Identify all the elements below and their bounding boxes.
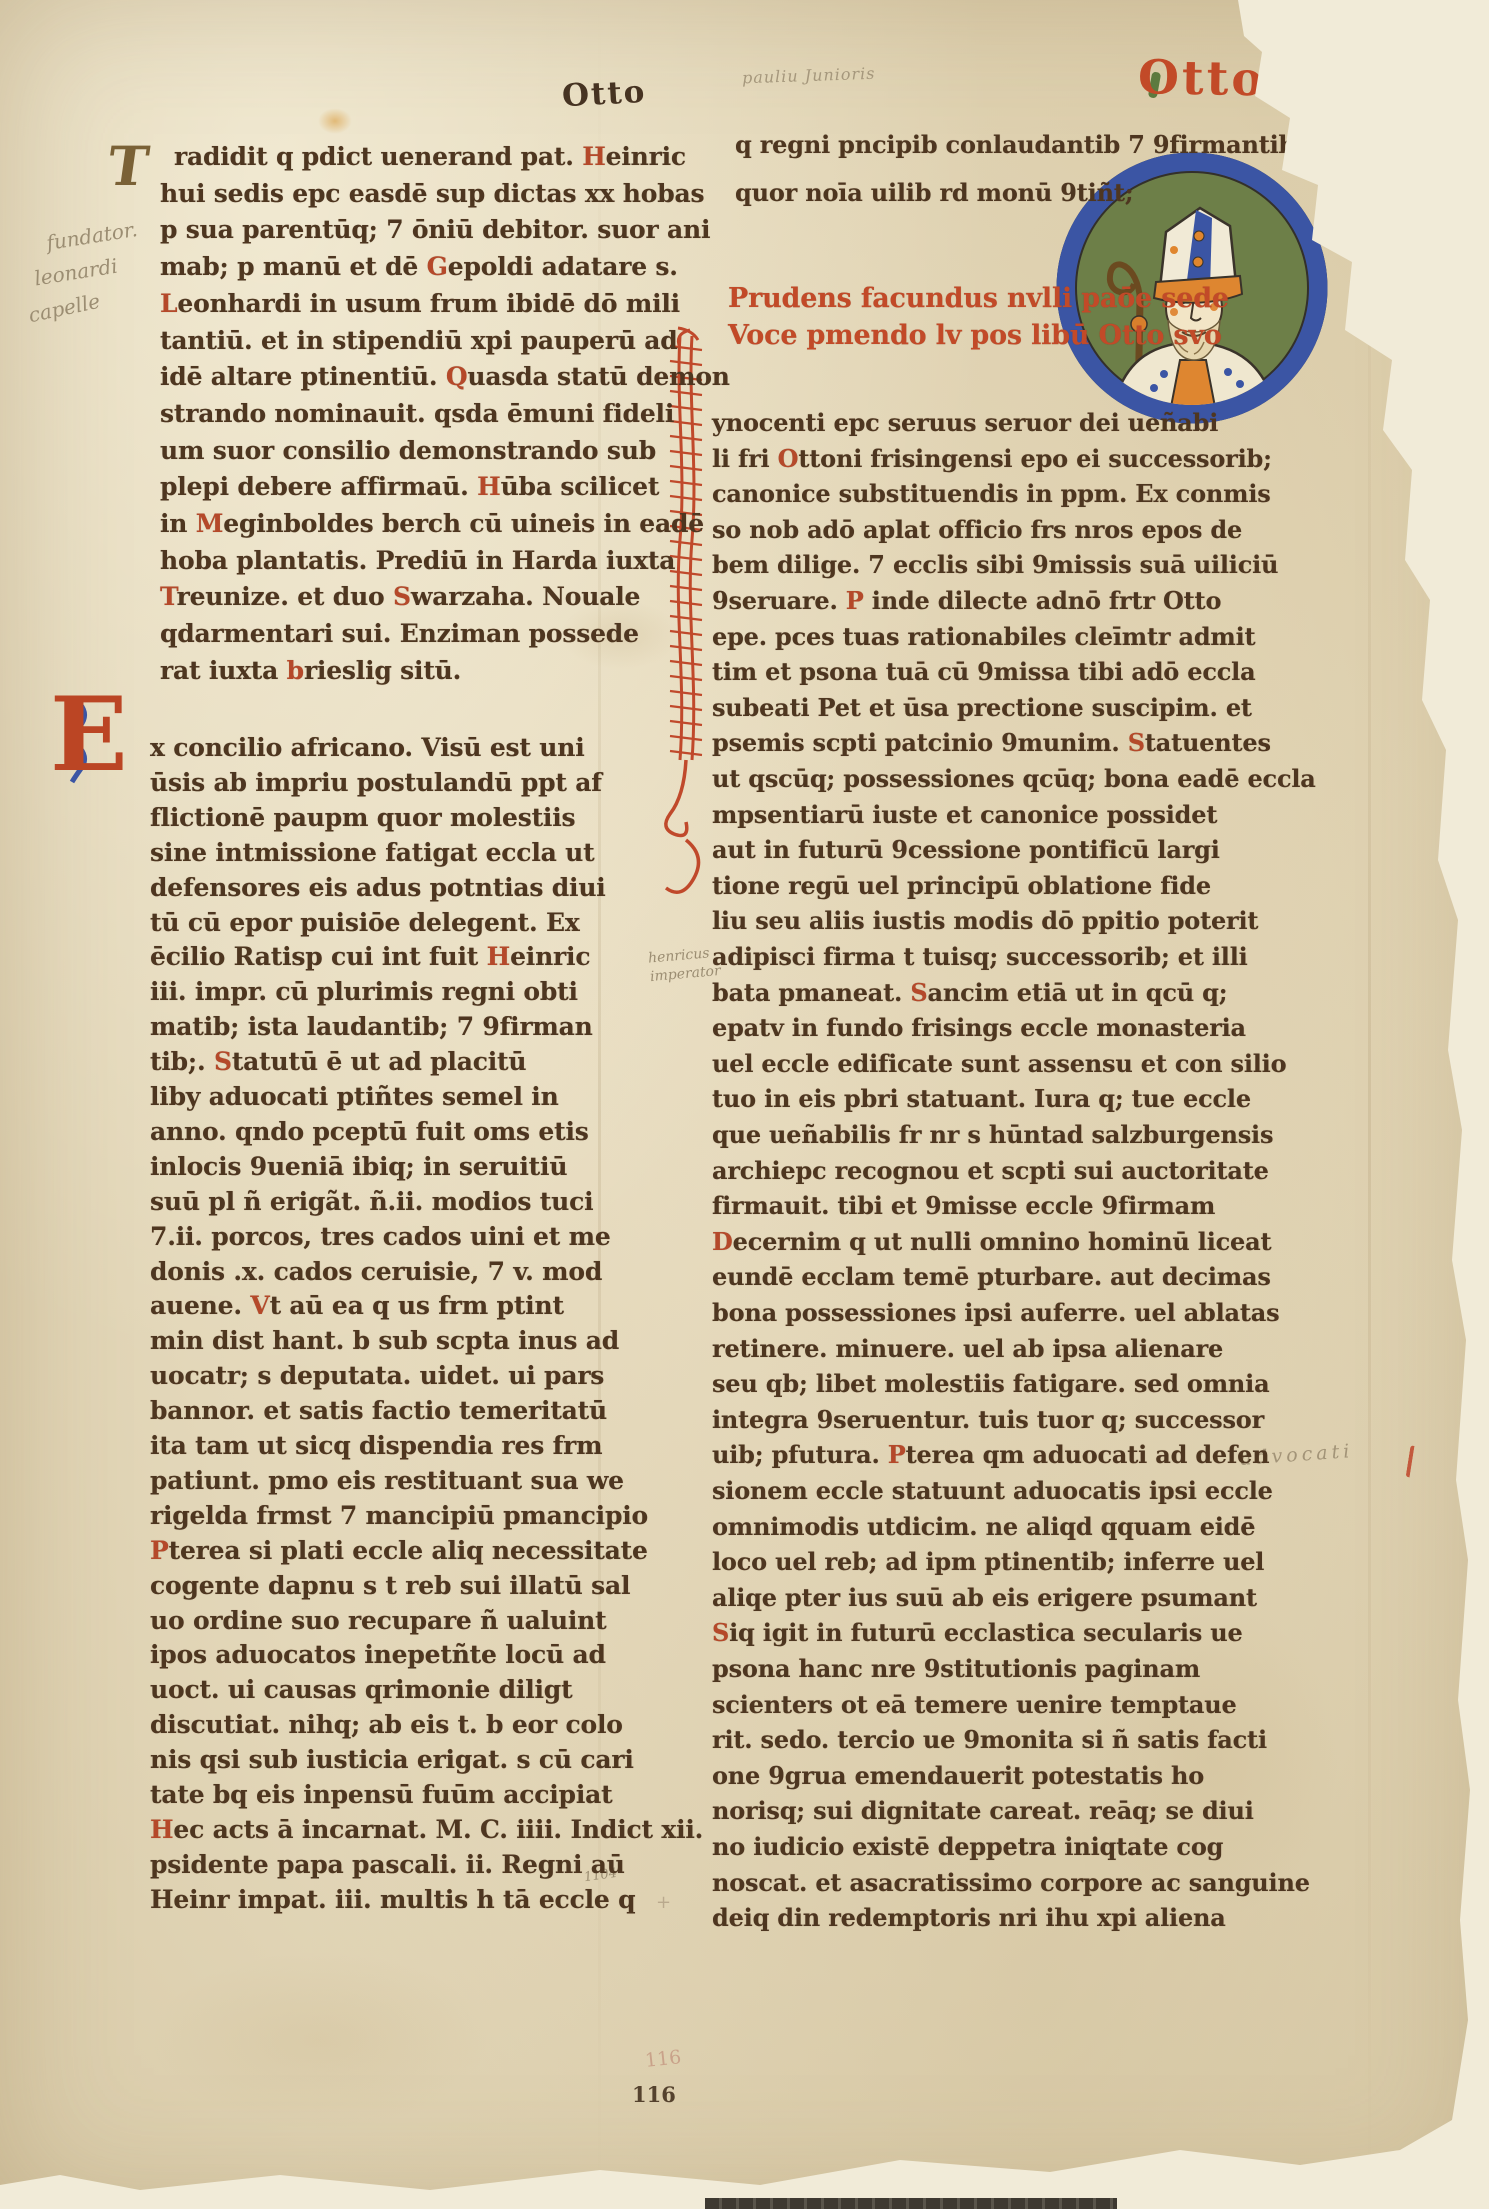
manuscript-line: min dist hant. b sub scpta inus ad xyxy=(150,1326,619,1355)
manuscript-line: ūsis ab impriu postulandū ppt af xyxy=(150,768,602,797)
manuscript-line: Leonhardi in usum frum ibidē dō mili xyxy=(160,289,680,318)
manuscript-line: psona hanc nre 9stitutionis paginam xyxy=(712,1654,1200,1683)
manuscript-line: omnimodis utdicim. ne aliqd qquam eidē xyxy=(712,1512,1255,1541)
ruler-edge-strip xyxy=(705,2198,1117,2209)
manuscript-line: li fri Ottoni frisingensi epo ei success… xyxy=(712,444,1272,473)
manuscript-line: uel ecclе edificate sunt assensu et con … xyxy=(712,1049,1286,1078)
manuscript-line: tate bq eis inpensū fuūm accipiat xyxy=(150,1780,612,1809)
manuscript-line: donis .x. cados ceruisie, 7 v. mod xyxy=(150,1257,602,1286)
manuscript-line: Voce pmendo lv pos libū Otto svo xyxy=(728,320,1222,351)
manuscript-line: epe. pces tuas rationabiles cleīmtr admi… xyxy=(712,622,1255,651)
manuscript-line: ynocenti epc seruus seruor dei ueñabi xyxy=(712,408,1218,437)
manuscript-line: hoba plantatis. Prediū in Harda iuxta xyxy=(160,546,675,575)
manuscript-line: uoct. ui causas qrimonie diligt xyxy=(150,1675,572,1704)
manuscript-line: loco uel reb; ad ipm ptinentib; inferre … xyxy=(712,1547,1264,1576)
manuscript-line: scienters ot eā temere uenire temptaue xyxy=(712,1690,1237,1719)
manuscript-line: retinere. minuere. uel ab ipsa alienare xyxy=(712,1334,1223,1363)
manuscript-line: no iudicio existē deppetra iniqtate cog xyxy=(712,1832,1223,1861)
manuscript-line: hui sedis epc easdē sup dictas xx hobas xyxy=(160,179,704,208)
manuscript-line: bata pmaneat. Sancim etiā ut in qcū q; xyxy=(712,978,1227,1007)
manuscript-line: Siq igit in futurū ecclastica secularis … xyxy=(712,1618,1243,1647)
manuscript-line: tib;. Statutū ē ut ad placitū xyxy=(150,1047,526,1076)
manuscript-line: canonice substituendis in ppm. Ex conmis xyxy=(712,479,1271,508)
manuscript-line: adipisci firma t tuisq; successorib; et … xyxy=(712,942,1248,971)
manuscript-line: ēcilio Ratisp cui int fuit Heinric xyxy=(150,942,590,971)
manuscript-line: p sua parentūq; 7 ōniū debitor. suor ani xyxy=(160,215,710,244)
manuscript-line: seu qb; libet molestiis fatigare. sed om… xyxy=(712,1369,1269,1398)
manuscript-line: um suor consilio demonstrando sub xyxy=(160,436,656,465)
manuscript-line: in Meginboldes berch cū uineis in eadē xyxy=(160,509,704,538)
manuscript-line: bem dilige. 7 ecclis sibi 9missis suā ui… xyxy=(712,550,1278,579)
manuscript-line: ut qscūq; possessiones qcūq; bona eadē e… xyxy=(712,764,1316,793)
manuscript-line: Decernim q ut nulli omnino hominū liceat xyxy=(712,1227,1271,1256)
manuscript-line: anno. qndo pceptū fuit oms etis xyxy=(150,1117,589,1146)
manuscript-line: rit. sedo. tercio ue 9monita si ñ satis … xyxy=(712,1725,1267,1754)
manuscript-line: rat iuxta brieslig sitū. xyxy=(160,656,461,685)
manuscript-line: uib; pfutura. Pterea qm aduocati ad defe… xyxy=(712,1440,1269,1469)
manuscript-line: quor noīa uilib rd monū 9tiñt; xyxy=(735,178,1133,207)
manuscript-line: norisq; sui dignitate careat. reāq; se d… xyxy=(712,1796,1254,1825)
manuscript-line: suū pl ñ erigãt. ñ.ii. modios tuci xyxy=(150,1187,593,1216)
manuscript-line: liby aduocati ptiñtes semel in xyxy=(150,1082,559,1111)
manuscript-line: deiq din redemptoris nri ihu xpi aliena xyxy=(712,1903,1226,1932)
red-heading-otto: Otto ep̃ xyxy=(1138,50,1355,109)
manuscript-line: radidit q pdict uenerand pat. Heinric xyxy=(174,142,686,171)
manuscript-line: strando nominauit. qsda ēmuni fideli xyxy=(160,399,674,428)
manuscript-line: flictionē paupm quor molestiis xyxy=(150,803,575,832)
manuscript-line: sine intmissione fatigat eccla ut xyxy=(150,838,594,867)
manuscript-line: x concilio africano. Visū est uni xyxy=(150,733,585,762)
manuscript-line: Pterea si plati ecclе aliq necessitate xyxy=(150,1536,648,1565)
manuscript-line: so nob adō aplat officio frs nros epos d… xyxy=(712,515,1242,544)
manuscript-line: Hec acts ā incarnat. M. C. iiii. Indict … xyxy=(150,1815,703,1844)
manuscript-line: ita tam ut sicq dispendia res frm xyxy=(150,1431,602,1460)
manuscript-line: archiepc recognou et scpti sui auctorita… xyxy=(712,1156,1269,1185)
manuscript-line: bannor. et satis factio temeritatū xyxy=(150,1396,607,1425)
manuscript-line: tantiū. et in stipendiū xpi pauperū ad xyxy=(160,326,678,355)
manuscript-scan: Otto pauliu Junioris 111 Otto ep̃ xyxy=(0,0,1489,2209)
manuscript-line: que ueñabilis fr nr s hūntad salzburgens… xyxy=(712,1120,1273,1149)
manuscript-line: tuo in eis pbri statuant. Iura q; tue ec… xyxy=(712,1084,1251,1113)
manuscript-line: psidente papa pascali. ii. Regni aū xyxy=(150,1850,625,1879)
manuscript-line: one 9grua emendauerit potestatis ho xyxy=(712,1761,1204,1790)
parchment-sheet: Otto pauliu Junioris 111 Otto ep̃ xyxy=(0,0,1489,2209)
manuscript-line: defensores eis adus potntias diui xyxy=(150,873,606,902)
manuscript-line: epatv in fundo frisings ecclе monasteria xyxy=(712,1013,1246,1042)
manuscript-line: q regni pncipib conlaudantib 7 9firmanti… xyxy=(735,130,1295,159)
manuscript-line: uocatr; s deputata. uidet. ui pars xyxy=(150,1361,604,1390)
manuscript-line: tim et psona tuā cū 9missa tibi adō eccl… xyxy=(712,657,1255,686)
manuscript-line: tū cū epor puisiōe delegent. Ex xyxy=(150,908,580,937)
manuscript-line: integra 9seruentur. tuis tuor q; success… xyxy=(712,1405,1264,1434)
manuscript-line: discutiat. nihq; ab eis t. b eor colo xyxy=(150,1710,623,1739)
manuscript-line: iii. impr. cū plurimis regni obti xyxy=(150,977,578,1006)
corner-marks-annotation: 111 xyxy=(1310,41,1340,63)
folio-number-ink: 116 xyxy=(632,2082,676,2107)
manuscript-line: Prudens facundus nvlli paōe sede xyxy=(728,283,1229,314)
manuscript-line: aliqe pter ius suū ab eis erigere psuman… xyxy=(712,1583,1257,1612)
manuscript-line: Heinr impat. iii. multis h tā ecclе q xyxy=(150,1885,635,1914)
manuscript-line: noscat. et asacratissimo corpore ac sang… xyxy=(712,1868,1310,1897)
manuscript-line: subeati Pet et ūsa prectione suscipim. e… xyxy=(712,693,1252,722)
manuscript-line: firmauit. tibi et 9misse ecclе 9firmam xyxy=(712,1191,1215,1220)
manuscript-line: rigelda frmst 7 mancipiū pmancipio xyxy=(150,1501,648,1530)
manuscript-line: 9seruare. P inde dilecte adnō frtr Otto xyxy=(712,586,1221,615)
manuscript-line: ipos aduocatos inepetñte locū ad xyxy=(150,1640,606,1669)
manuscript-line: cogente dapnu s t reb sui illatū sal xyxy=(150,1571,630,1600)
manuscript-line: liu seu aliis iustis modis dō ppitio pot… xyxy=(712,906,1258,935)
manuscript-line: nis qsi sub iusticia erigat. s cū cari xyxy=(150,1745,634,1774)
manuscript-line: uo ordine suo recupare ñ ualuint xyxy=(150,1606,606,1635)
manuscript-line: inlocis 9ueniā ibiq; in seruitiū xyxy=(150,1152,567,1181)
manuscript-line: mpsentiarū iuste et canonice possidet xyxy=(712,800,1217,829)
folio-number-faint: 116 xyxy=(644,2046,682,2072)
manuscript-line: eundē ecclam temē pturbare. aut decimas xyxy=(712,1262,1271,1291)
manuscript-line: tione regū uel principū oblatione fide xyxy=(712,871,1211,900)
manuscript-text: radidit q pdict uenerand pat. Heinrichui… xyxy=(0,0,1489,2209)
manuscript-line: idē altare ptinentiū. Quasda statū demon xyxy=(160,362,730,391)
manuscript-line: mab; p manū et dē Gepoldi adatare s. xyxy=(160,252,678,281)
manuscript-line: patiunt. pmo eis restituant sua we xyxy=(150,1466,624,1495)
manuscript-line: plepi debere affirmaū. Hūba scilicet xyxy=(160,472,659,501)
manuscript-line: auene. Vt aū ea q us frm ptint xyxy=(150,1291,564,1320)
manuscript-line: bona possessiones ipsi auferre. uel abla… xyxy=(712,1298,1279,1327)
manuscript-line: 7.ii. porcos, tres cados uini et me xyxy=(150,1222,611,1251)
manuscript-line: qdarmentari sui. Enziman possede xyxy=(160,619,639,648)
initial-e-ex-concilio: E xyxy=(50,688,128,783)
manuscript-line: sionem ecclе statuunt aduocatis ipsi ecc… xyxy=(712,1476,1273,1505)
manuscript-line: Treunize. et duo Swarzaha. Nouale xyxy=(160,582,640,611)
manuscript-line: psemis scpti patcinio 9munim. Statuentes xyxy=(712,728,1271,757)
manuscript-line: aut in futurū 9cessione pontificū largi xyxy=(712,835,1220,864)
manuscript-line: matib; ista laudantib; 7 9firman xyxy=(150,1012,593,1041)
